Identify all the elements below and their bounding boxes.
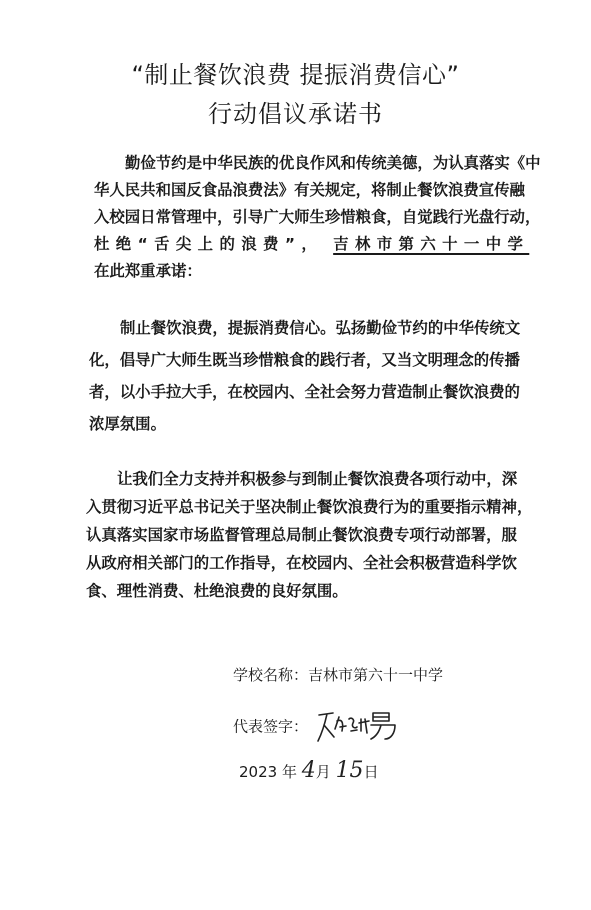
date-year-unit: 年 xyxy=(282,763,297,781)
paragraph-3-line-3: 认真落实国家市场监督管理总局制止餐饮浪费专项行动部署，服 xyxy=(86,521,532,549)
paragraph-3: 让我们全力支持并积极参与到制止餐饮浪费各项行动中，深 入贯彻习近平总书记关于坚决… xyxy=(86,465,532,605)
paragraph-1-line-4-prefix: 杜绝“舌尖上的浪费”， xyxy=(94,235,323,253)
paragraph-2-line-3: 者，以小手拉大手，在校园内、全社会努力营造制止餐饮浪费的 xyxy=(89,376,520,408)
document-title-line1: “制止餐饮浪费 提振消费信心” xyxy=(0,60,591,90)
paragraph-3-line-2: 入贯彻习近平总书记关于坚决制止餐饮浪费行为的重要指示精神， xyxy=(86,493,532,521)
paragraph-3-line-5: 食、理性消费、杜绝浪费的良好氛围。 xyxy=(86,577,532,605)
paragraph-1-line-2: 华人民共和国反食品浪费法》有关规定，将制止餐饮浪费宣传融 xyxy=(94,177,541,204)
paragraph-1-line-3: 入校园日常管理中，引导广大师生珍惜粮食，自觉践行光盘行动， xyxy=(94,204,541,231)
paragraph-2-line-2: 化，倡导广大师生既当珍惜粮食的践行者，又当文明理念的传播 xyxy=(89,344,520,376)
paragraph-2-line-4: 浓厚氛围。 xyxy=(89,408,520,440)
paragraph-1-line-5: 在此郑重承诺： xyxy=(94,258,541,285)
date-row: 2023 年 4月 15日 xyxy=(239,758,379,783)
date-month-unit: 月 xyxy=(316,763,331,781)
paragraph-1: 勤俭节约是中华民族的优良作风和传统美德，为认真落实《中 华人民共和国反食品浪费法… xyxy=(94,150,541,285)
school-name-underlined: 吉林市第六十一中学 xyxy=(323,235,529,253)
document-title-line2: 行动倡议承诺书 xyxy=(0,99,591,129)
paragraph-2: 制止餐饮浪费，提振消费信心。弘扬勤俭节约的中华传统文 化，倡导广大师生既当珍惜粮… xyxy=(89,312,520,440)
date-year: 2023 xyxy=(239,763,277,781)
paragraph-1-line-1: 勤俭节约是中华民族的优良作风和传统美德，为认真落实《中 xyxy=(94,150,541,177)
date-day-unit: 日 xyxy=(364,763,379,781)
handwritten-signature xyxy=(315,707,401,747)
paragraph-3-line-4: 从政府相关部门的工作指导，在校园内、全社会积极营造科学饮 xyxy=(86,549,532,577)
representative-label: 代表签字： xyxy=(233,718,308,736)
school-name-value: 吉林市第六十一中学 xyxy=(308,666,443,684)
paragraph-3-line-1: 让我们全力支持并积极参与到制止餐饮浪费各项行动中，深 xyxy=(86,465,532,493)
school-name-label: 学校名称： xyxy=(233,666,308,684)
paragraph-1-line-4: 杜绝“舌尖上的浪费”，吉林市第六十一中学 xyxy=(94,231,541,258)
date-day-handwritten: 15 xyxy=(336,758,364,783)
paragraph-2-line-1: 制止餐饮浪费，提振消费信心。弘扬勤俭节约的中华传统文 xyxy=(89,312,520,344)
date-month-handwritten: 4 xyxy=(302,758,316,783)
signature-scribble-icon xyxy=(315,707,401,743)
school-name-row: 学校名称：吉林市第六十一中学 xyxy=(233,664,443,685)
representative-signature-row: 代表签字： xyxy=(233,707,401,747)
